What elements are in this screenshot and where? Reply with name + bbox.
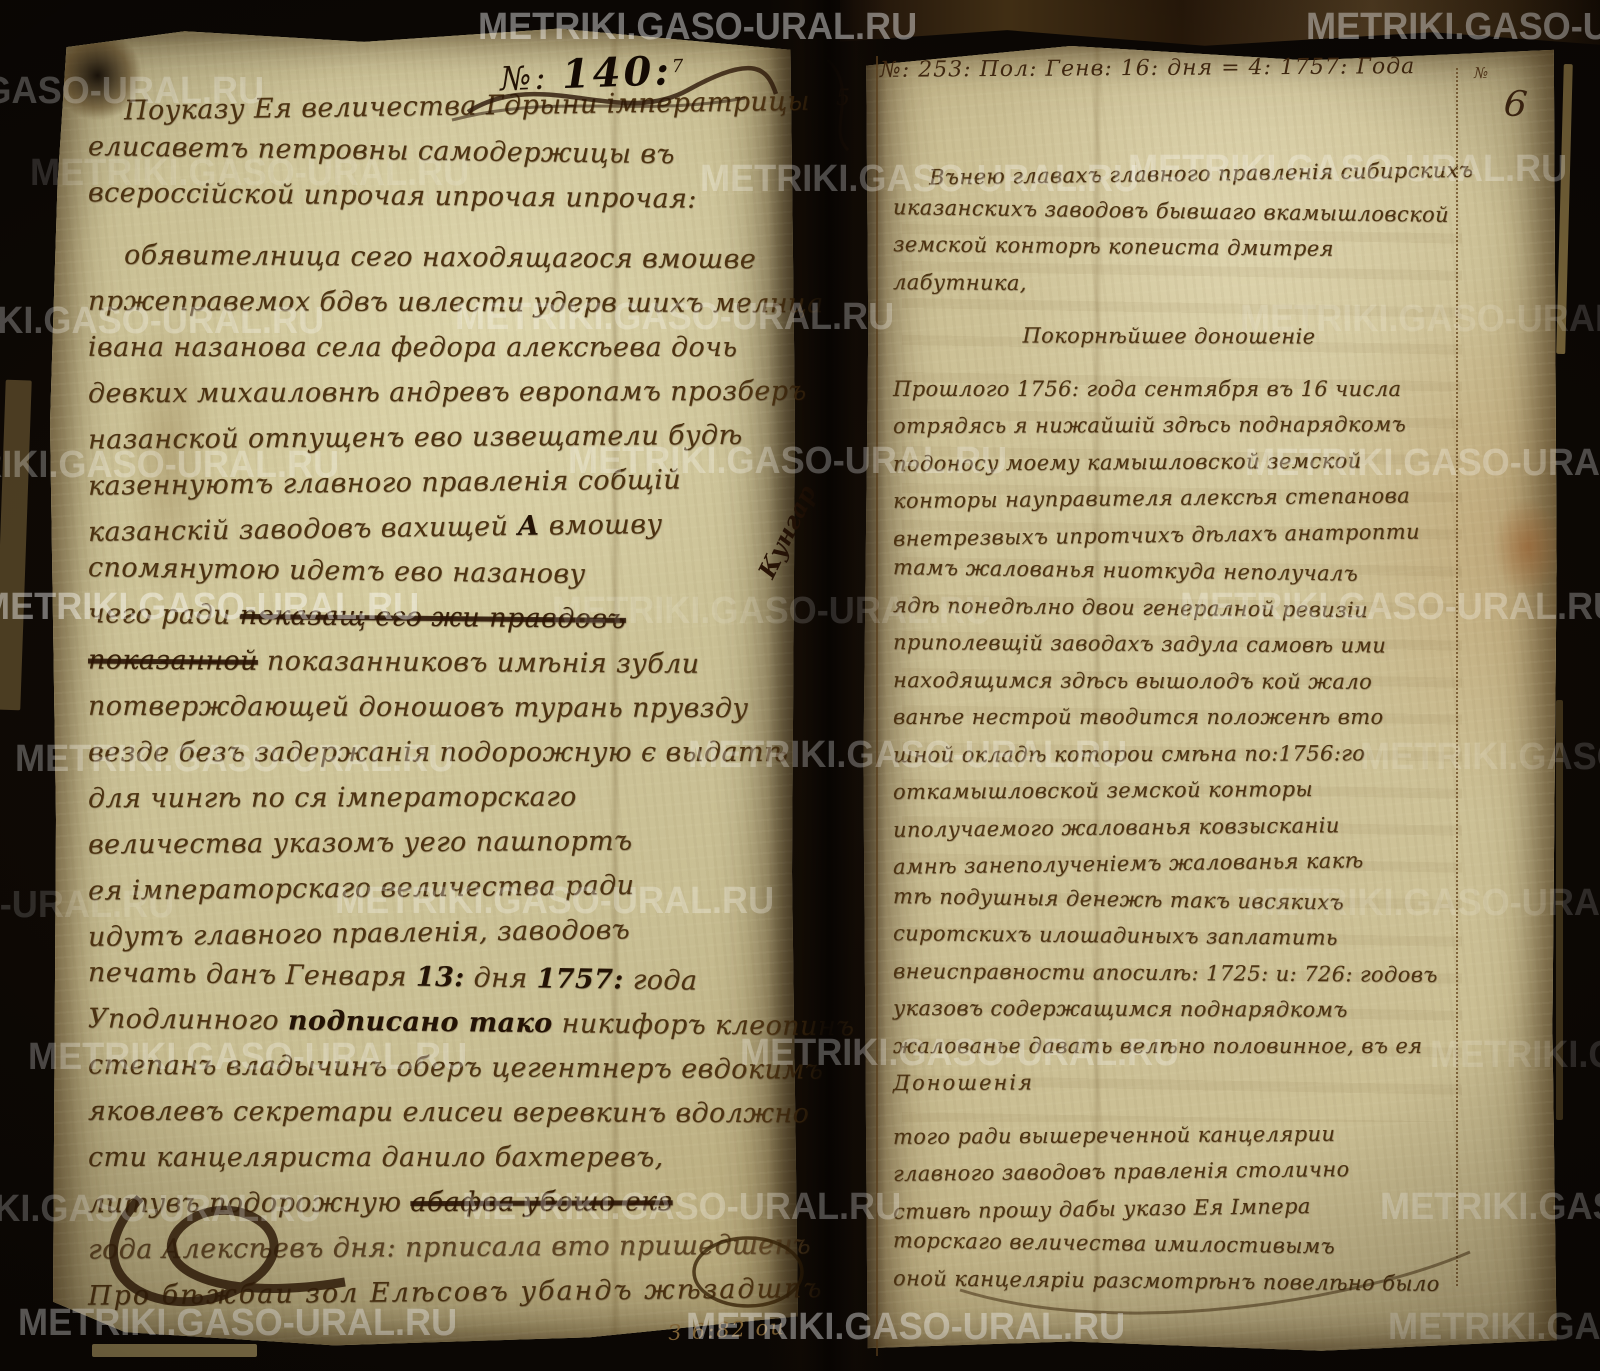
- manuscript-line: внеисправности апосилѣ: 1725: и: 726: го…: [893, 953, 1445, 993]
- handwriting-segment: приполевщій заводахъ задула самовѣ ими: [893, 630, 1386, 657]
- manuscript-line: года Алексѣевъ дня: прписала вто пришедш…: [88, 1223, 794, 1273]
- manuscript-line: тамъ жалованья ниоткуда неполучалъ: [893, 549, 1445, 593]
- handwriting-segment: ванѣе нестрой тводится положенѣ вто: [893, 705, 1384, 729]
- handwriting-segment: обявителница сего находящагося вмошве: [124, 240, 756, 275]
- handwriting-segment: шной окладѣ которои смѣна по:1756:го: [893, 741, 1365, 767]
- handwriting-segment: івана назанова села федора алексѣева доч…: [88, 332, 737, 363]
- manuscript-line: отрядясь я нижайшій здѣсь поднарядкомъ: [893, 406, 1445, 444]
- manuscript-line: потверждающей доношовъ турань прувзду: [88, 684, 794, 731]
- manuscript-line: всероссійской ипрочая ипрочая ипрочая:: [88, 170, 794, 222]
- crossed-out-text: показащ его жи правдовъ: [240, 600, 626, 635]
- handwriting-segment: казанскій заводовъ вахищей: [88, 511, 518, 548]
- handwriting-segment: потверждающей доношовъ турань прувзду: [88, 691, 749, 724]
- handwriting-segment: для чингѣ по ся імператорскаго: [88, 782, 577, 815]
- handwriting-segment: находящимся здѣсь вышолодъ кой жало: [893, 668, 1372, 694]
- handwriting-segment: года: [624, 965, 698, 997]
- handwriting-segment: назанской отпущенъ ево извещатели будѣ: [88, 420, 743, 456]
- handwriting-segment: тамъ жалованья ниоткуда неполучалъ: [893, 555, 1358, 585]
- manuscript-line: сиротскихъ илошадиныхъ заплатить: [893, 915, 1445, 957]
- page-edge-sliver: [92, 1344, 257, 1357]
- manuscript-line: Покорнѣйшее доношеніе: [893, 317, 1445, 355]
- handwriting-segment: Вънею главахъ главного правленія сибирск…: [929, 158, 1474, 190]
- manuscript-line: для чингѣ по ся імператорскаго: [88, 774, 794, 821]
- handwriting-segment: вмошву: [540, 509, 663, 542]
- handwriting-segment: амнѣ занеполученіемъ жалованья какѣ: [893, 848, 1364, 879]
- manuscript-line: главного заводовъ правленія столично: [893, 1150, 1445, 1192]
- manuscript-scan: №: 140:7 №: 253: Пол: Генв: 16: дня = 4:…: [0, 0, 1600, 1371]
- manuscript-line: ванѣе нестрой тводится положенѣ вто: [893, 699, 1445, 736]
- handwriting-segment: ядѣ понедѣлно двои генералной ревизіи: [893, 593, 1368, 622]
- handwriting-segment: года Алексѣевъ дня: прписала вто пришедш…: [88, 1229, 811, 1265]
- page-edge-sliver: [1556, 700, 1563, 1120]
- manuscript-line: Уподлинного подписано тако никифоръ клео…: [88, 996, 794, 1048]
- handwriting-segment: ея імператорскаго величества ради: [88, 870, 635, 907]
- handwriting-segment: казеннуютъ главного правленія собщій: [88, 464, 681, 501]
- handwriting-segment: печать данъ Генваря: [88, 957, 416, 993]
- archival-bottom-note: З 6:82 ои: [667, 1315, 786, 1345]
- handwriting-segment: оной канцеляріи разсмотрѣнъ повелѣно был…: [893, 1266, 1440, 1296]
- handwriting-segment: подписано тако: [288, 1005, 553, 1039]
- manuscript-line: шной окладѣ которои смѣна по:1756:го: [893, 735, 1445, 773]
- folio-mark: №: [1474, 64, 1488, 82]
- manuscript-line: лабутника,: [893, 264, 1445, 304]
- handwriting-segment: спомянутою идетъ ево назанову: [88, 552, 586, 590]
- handwriting-segment: подоносу моему камышловской земской: [893, 448, 1362, 475]
- handwriting-segment: торскаго величества имилостивымъ: [893, 1228, 1335, 1258]
- handwriting-segment: указовъ содержащимся поднарядкомъ: [893, 996, 1348, 1022]
- handwriting-segment: девких михаиловнѣ андревъ европамъ прозб…: [88, 376, 807, 410]
- manuscript-line: ядѣ понедѣлно двои генералной ревизіи: [893, 587, 1445, 629]
- manuscript-line: оной канцеляріи разсмотрѣнъ повелѣно был…: [893, 1260, 1445, 1302]
- handwriting-segment: земской конторѣ копеиста дмитрея: [893, 232, 1334, 261]
- document-number-superscript: 7: [672, 56, 687, 77]
- manuscript-line: Доношенія: [893, 1063, 1445, 1101]
- handwriting-segment: внетрезвыхъ ипротчихъ дѣлахъ анатропти: [893, 519, 1420, 550]
- manuscript-line: величества указомъ уего пашпортъ: [88, 818, 794, 868]
- handwriting-segment: отрядясь я нижайшій здѣсь поднарядкомъ: [893, 412, 1406, 438]
- manuscript-line: торскаго величества имилостивымъ: [893, 1222, 1445, 1266]
- manuscript-line: жалованье давать велѣно половинное, въ е…: [893, 1028, 1445, 1065]
- page-edge-sliver: [0, 380, 32, 711]
- handwriting-segment: А: [517, 511, 540, 542]
- handwriting-segment: Про бѣжбаи зол Елѣсовъ убандъ жѣзадшпъ: [88, 1273, 824, 1312]
- manuscript-line: степанъ владычинъ оберъ цегентнеръ евдок…: [88, 1043, 794, 1093]
- manuscript-line: чего ради показащ его жи правдовъ: [88, 591, 794, 643]
- manuscript-line: показанной показанниковъ имѣнія зубли: [88, 638, 794, 688]
- handwriting-segment: литувъ подорожную: [88, 1187, 410, 1219]
- handwriting-segment: сиротскихъ илошадиныхъ заплатить: [893, 921, 1338, 950]
- watermark-text: METRIKI.GASO-URAL.RU: [1306, 6, 1600, 49]
- book-spine-edge: [840, 0, 1600, 52]
- manuscript-line: Про бѣжбаи зол Елѣсовъ убандъ жѣзадшпъ: [88, 1266, 794, 1318]
- manuscript-line: пржеправемох бдвъ ивлести удерв шихъ мел…: [88, 279, 794, 326]
- page-edge-sliver: [1556, 64, 1573, 354]
- gutter-mark: 5: [836, 86, 850, 111]
- manuscript-line: яковлевъ секретари елисеи веревкинъ вдол…: [88, 1089, 794, 1136]
- manuscript-line: приполевщій заводахъ задула самовѣ ими: [893, 624, 1445, 664]
- manuscript-line: литувъ подорожную абафва убошо екз: [88, 1179, 794, 1226]
- manuscript-line: сти канцеляриста данило бахтеревъ,: [88, 1135, 794, 1180]
- handwriting-segment: Уподлинного: [88, 1003, 288, 1036]
- handwriting-segment: иказанскихъ заводовъ бывшаго вкамышловск…: [893, 195, 1449, 227]
- handwriting-segment: показанниковъ имѣнія зубли: [258, 646, 700, 680]
- handwriting-segment: тѣ подушныя денежѣ такъ ивсякихъ: [893, 884, 1344, 914]
- crossed-out-text: абафва убошо екз: [410, 1186, 672, 1218]
- handwriting-segment: идутъ главного правленія, заводовъ: [88, 914, 630, 953]
- handwriting-segment: конторы науправителя алексѣя степанова: [893, 483, 1410, 512]
- manuscript-line: указовъ содержащимся поднарядкомъ: [893, 990, 1445, 1028]
- handwriting-segment: того ради вышереченной канцелярии: [893, 1121, 1336, 1148]
- manuscript-line: назанской отпущенъ ево извещатели будѣ: [88, 413, 794, 463]
- handwriting-segment: 13:: [416, 962, 465, 994]
- handwriting-segment: главного заводовъ правленія столично: [893, 1157, 1350, 1186]
- manuscript-line: земской конторѣ копеиста дмитрея: [893, 226, 1445, 268]
- crossed-out-text: показанной: [88, 645, 258, 677]
- manuscript-line: подоносу моему камышловской земской: [893, 442, 1445, 482]
- manuscript-line: Прошлого 1756: года сентября въ 16 числа: [893, 371, 1445, 408]
- handwriting-segment: Доношенія: [893, 1070, 1034, 1094]
- handwriting-segment: Поуказу Ея величества Гдрыни імператрицы: [124, 86, 810, 127]
- paper-stain: [1482, 482, 1558, 612]
- manuscript-line: того ради вышереченной канцелярии: [893, 1115, 1445, 1155]
- handwriting-segment: дня: [464, 962, 536, 994]
- handwriting-segment: откамышловской земской конторы: [893, 777, 1313, 804]
- handwriting-segment: всероссійской ипрочая ипрочая ипрочая:: [88, 177, 697, 214]
- handwriting-segment: елисаветъ петровны самодержицы въ: [88, 131, 675, 170]
- handwriting-segment: сти канцеляриста данило бахтеревъ,: [88, 1142, 664, 1173]
- manuscript-text-right: Вънею главахъ главного правленія сибирск…: [893, 156, 1445, 1299]
- manuscript-line: находящимся здѣсь вышолодъ кой жало: [893, 662, 1445, 700]
- handwriting-segment: яковлевъ секретари елисеи веревкинъ вдол…: [88, 1096, 809, 1130]
- manuscript-line: откамышловской земской конторы: [893, 770, 1445, 810]
- manuscript-line: івана назанова села федора алексѣева доч…: [88, 325, 794, 370]
- handwriting-segment: стивѣ прошу дабы указо Ея Імпера: [893, 1194, 1311, 1224]
- registration-header: №: 253: Пол: Генв: 16: дня = 4: 1757: Го…: [880, 54, 1415, 83]
- manuscript-line: обявителница сего находящагося вмошве: [88, 233, 794, 283]
- manuscript-line: конторы науправителя алексѣя степанова: [893, 477, 1445, 519]
- handwriting-segment: 1757:: [536, 963, 624, 995]
- handwriting-segment: чего ради: [88, 598, 240, 631]
- handwriting-segment: никифоръ клеопинъ: [552, 1008, 854, 1042]
- handwriting-segment: внеисправности апосилѣ: 1725: и: 726: го…: [893, 959, 1438, 987]
- handwriting-segment: везде безъ задержанія подорожную є выдат…: [88, 737, 788, 768]
- handwriting-segment: степанъ владычинъ оберъ цегентнеръ евдок…: [88, 1050, 824, 1086]
- folio-number: 6: [1502, 83, 1529, 126]
- manuscript-line: везде безъ задержанія подорожную є выдат…: [88, 730, 794, 775]
- manuscript-line: девких михаиловнѣ андревъ европамъ прозб…: [88, 369, 794, 416]
- handwriting-segment: лабутника,: [893, 270, 1027, 295]
- manuscript-text-left: Поуказу Ея величества Гдрыни імператрицы…: [88, 84, 794, 1315]
- handwriting-segment: величества указомъ уего пашпортъ: [88, 826, 633, 861]
- handwriting-segment: иполучаемого жалованья ковзысканіи: [893, 813, 1340, 842]
- handwriting-segment: жалованье давать велѣно половинное, въ е…: [893, 1034, 1422, 1058]
- handwriting-segment: Прошлого 1756: года сентября въ 16 числа: [893, 377, 1401, 401]
- handwriting-segment: пржеправемох бдвъ ивлести удерв шихъ мел…: [88, 286, 824, 320]
- handwriting-segment: Покорнѣйшее доношеніе: [1022, 323, 1315, 348]
